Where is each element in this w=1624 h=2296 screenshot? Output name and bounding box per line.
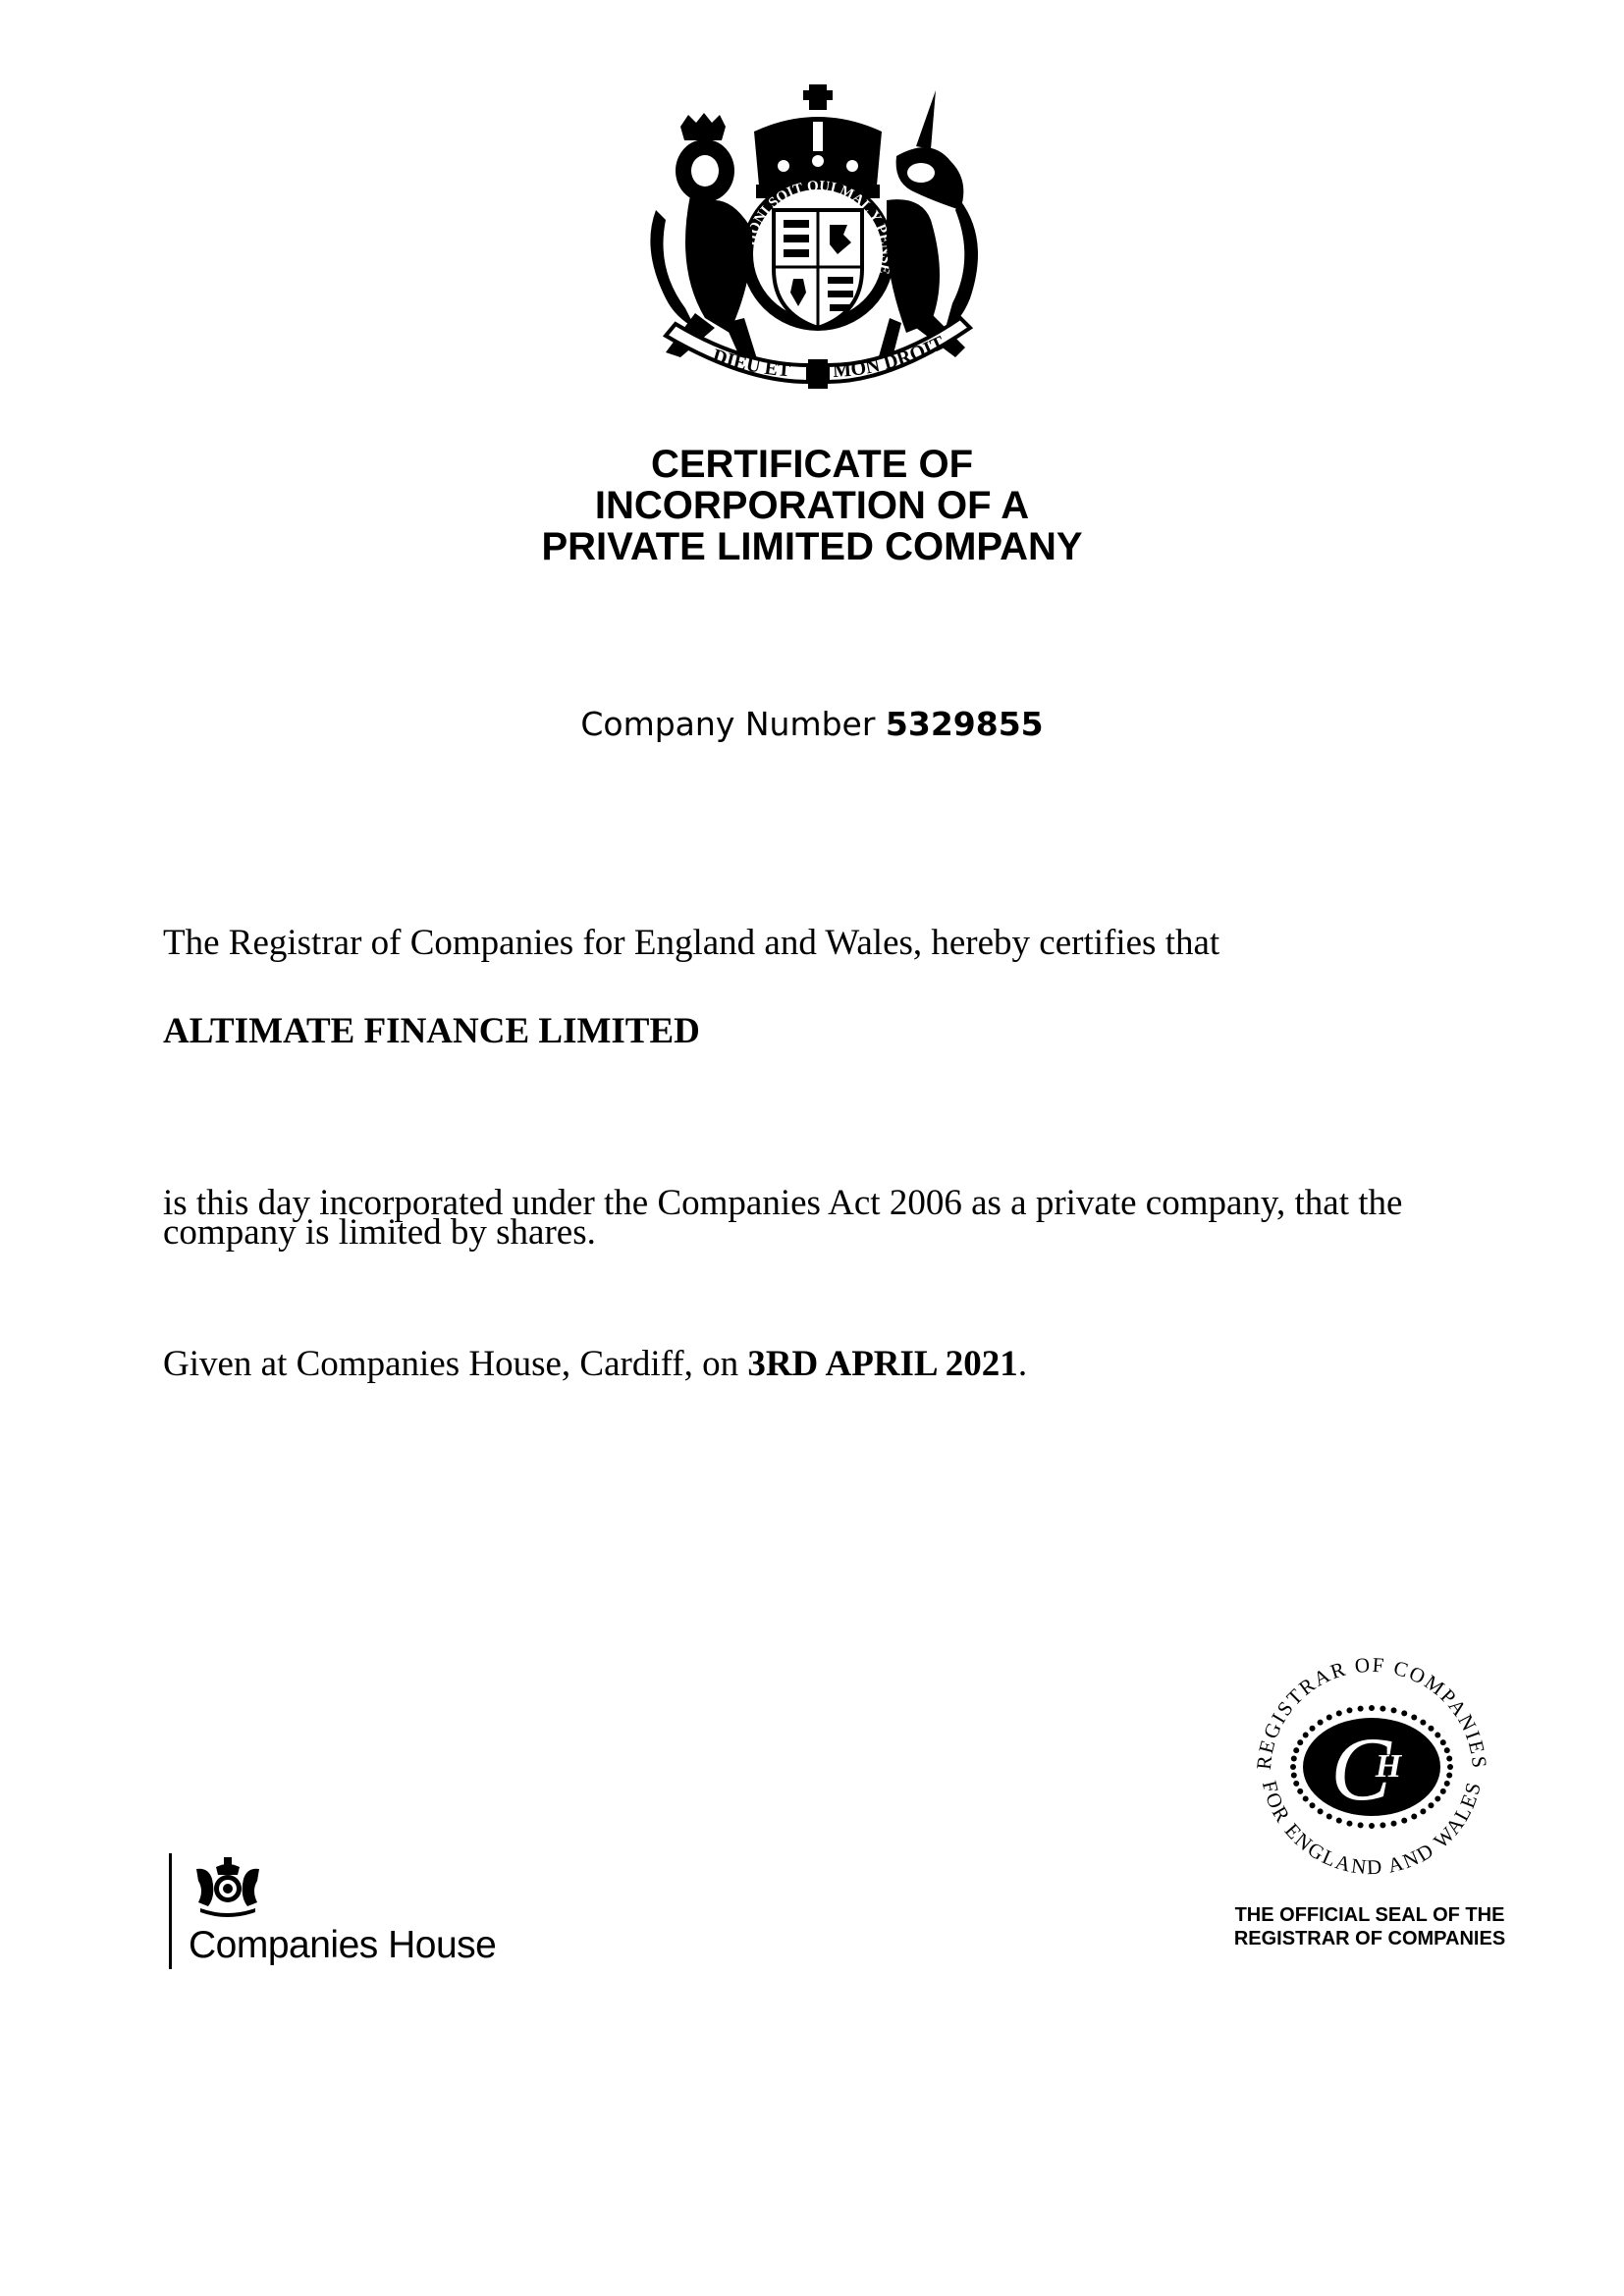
given-suffix: . [1018,1344,1027,1384]
companies-house-logo: Companies House [169,1853,542,1971]
registrar-statement: The Registrar of Companies for England a… [163,927,1219,960]
seal-caption: THE OFFICIAL SEAL OF THE REGISTRAR OF CO… [1193,1903,1546,1950]
seal-caption-line-1: THE OFFICIAL SEAL OF THE [1193,1903,1546,1927]
company-number-value: 5329855 [886,705,1044,743]
company-number-label: Company Number [580,705,875,743]
certificate-title-line-1: CERTIFICATE OF [0,444,1624,485]
company-number: Company Number 5329855 [0,705,1624,744]
companies-house-wordmark: Companies House [189,1926,496,1965]
incorporation-statement-line-2: company is limited by shares. [163,1216,596,1250]
company-name: ALTIMATE FINANCE LIMITED [163,1015,700,1048]
royal-crest-icon [190,1857,265,1918]
given-prefix: Given at Companies House, Cardiff, on [163,1344,738,1384]
seal-caption-line-2: REGISTRAR OF COMPANIES [1193,1927,1546,1950]
royal-coat-of-arms-icon: HONI SOIT QUI MAL Y PENSE [636,82,1000,397]
certificate-title-line-3: PRIVATE LIMITED COMPANY [0,526,1624,567]
logo-divider [169,1853,172,1969]
incorporation-date: 3RD APRIL 2021 [747,1344,1017,1384]
official-seal-icon: REGISTRAR OF COMPANIES FOR ENGLAND AND W… [1239,1657,1504,1902]
given-at-statement: Given at Companies House, Cardiff, on 3R… [163,1348,1027,1381]
certificate-title-line-2: INCORPORATION OF A [0,485,1624,526]
svg-text:H: H [1375,1748,1403,1785]
